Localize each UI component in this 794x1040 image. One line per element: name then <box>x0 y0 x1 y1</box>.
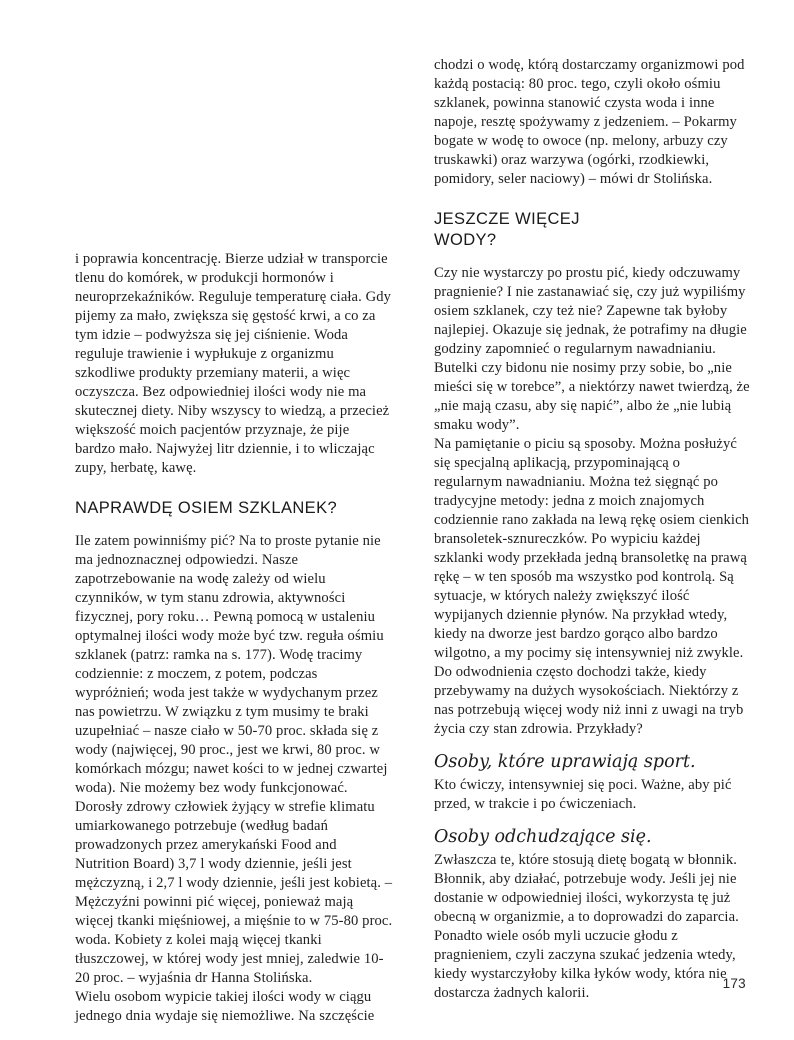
magazine-page: i poprawia koncentrację. Bierze udział w… <box>0 0 794 1040</box>
subheading-italic: Osoby, które uprawiają sport. <box>434 751 750 774</box>
body-paragraph: chodzi o wodę, którą dostarczamy organiz… <box>434 56 750 189</box>
subheading-italic: Osoby odchudzające się. <box>434 826 750 849</box>
section-heading: NAPRAWDĘ OSIEM SZKLANEK? <box>75 498 393 519</box>
body-paragraph: Wielu osobom wypicie takiej ilości wody … <box>75 988 393 1026</box>
body-paragraph: Ile zatem powinniśmy pić? Na to proste p… <box>75 532 393 988</box>
section-heading: JESZCZE WIĘCEJ WODY? <box>434 209 750 251</box>
body-paragraph: Na pamiętanie o piciu są sposoby. Można … <box>434 435 750 739</box>
right-text-column: chodzi o wodę, którą dostarczamy organiz… <box>434 56 750 1003</box>
body-paragraph: Kto ćwiczy, intensywniej się poci. Ważne… <box>434 776 750 814</box>
body-paragraph: Czy nie wystarczy po prostu pić, kiedy o… <box>434 264 750 435</box>
page-number: 173 <box>723 976 746 991</box>
body-paragraph: i poprawia koncentrację. Bierze udział w… <box>75 250 393 478</box>
left-text-column: i poprawia koncentrację. Bierze udział w… <box>75 250 393 1026</box>
body-paragraph: Zwłaszcza te, które stosują dietę bogatą… <box>434 851 750 1003</box>
